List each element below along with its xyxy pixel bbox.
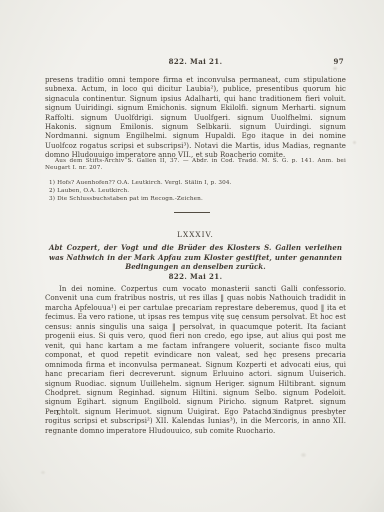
footnotes-block: 1) Hofs? Auenhofen?? O.A. Leutkirch. Ver…: [49, 179, 346, 203]
footnote-2: 2) Lauben, O.A. Leutkirch.: [49, 187, 346, 195]
previous-charter-text-continuation: presens traditio omni tempore firma et i…: [45, 76, 346, 161]
scanned-book-page: 822. Mai 21. 97 presens traditio omni te…: [0, 0, 384, 512]
section-divider-rule: [174, 212, 210, 213]
footnote-3: 3) Die Schlussbuchstaben pat im Recogn.-…: [49, 195, 346, 203]
page-number: 97: [333, 57, 344, 66]
charter-number-heading: LXXXIV.: [45, 230, 346, 239]
paper-stain: [352, 140, 357, 145]
sheet-signature-number: 13: [268, 408, 276, 416]
paper-stain: [40, 470, 46, 475]
running-header: 822. Mai 21. 97: [45, 57, 346, 67]
running-header-date: 822. Mai 21.: [45, 57, 346, 66]
signature-mark-left: I.: [56, 409, 61, 417]
charter-body-text: In dei nomine. Cozpertus cum vocato mona…: [45, 285, 346, 436]
footnote-1: 1) Hofs? Auenhofen?? O.A. Leutkirch. Ver…: [49, 179, 346, 187]
charter-date-heading: 822. Mai 21.: [45, 272, 346, 281]
source-citation-note: Aus dem Stifts-Archiv S. Gallen II, 37. …: [45, 158, 346, 173]
paper-stain: [300, 452, 307, 458]
charter-german-summary: Abt Cozpert, der Vogt und die Brüder des…: [49, 243, 342, 272]
